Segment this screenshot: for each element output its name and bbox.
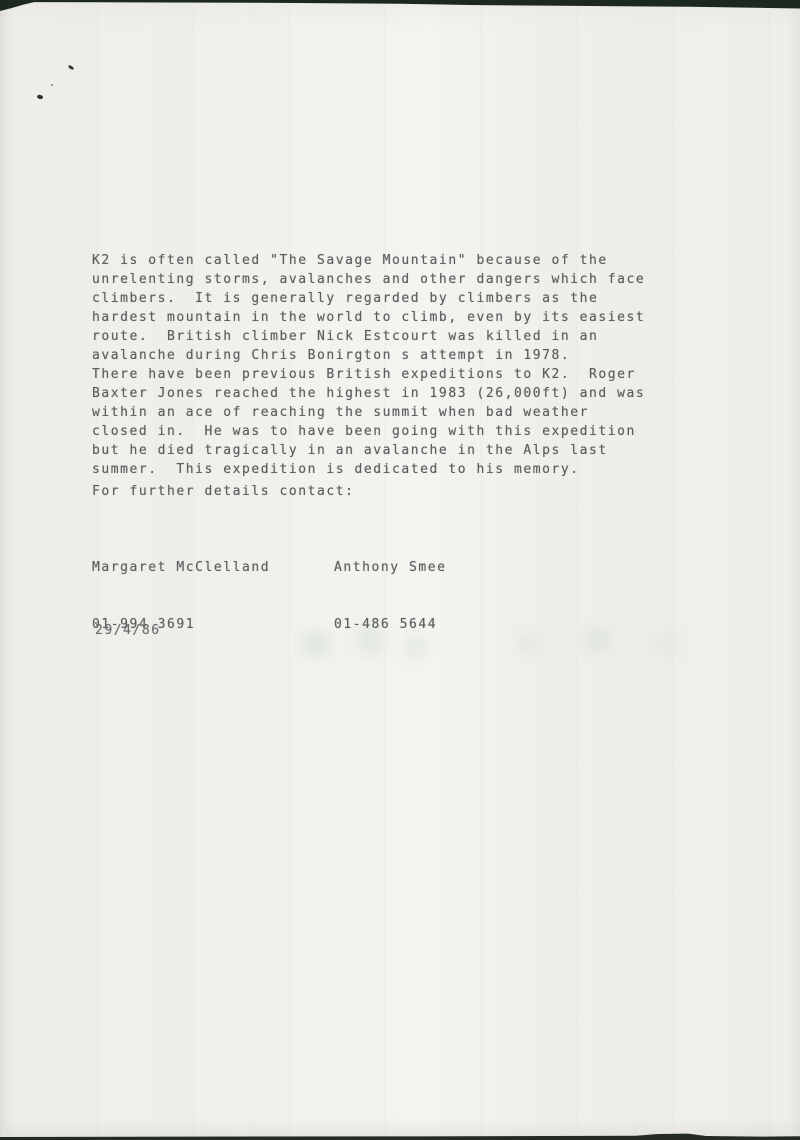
scanned-page: K2 is often called "The Savage Mountain"…	[0, 0, 800, 1140]
date-stamp: 29/4/86	[95, 621, 161, 640]
ink-speck	[36, 94, 43, 100]
contact-phone: 01-486 5644	[334, 615, 447, 634]
contact-heading: For further details contact:	[92, 482, 355, 501]
ink-speck	[51, 84, 53, 86]
contact-name: Margaret McClelland	[92, 558, 270, 577]
torn-paper-edge-bottom	[0, 1131, 800, 1140]
contact-block-1: Margaret McClelland 01-994 3691	[92, 520, 270, 672]
contact-name: Anthony Smee	[334, 558, 447, 577]
contact-block-2: Anthony Smee 01-486 5644	[334, 520, 447, 672]
body-paragraph-k2-savage-mountain: K2 is often called "The Savage Mountain"…	[92, 251, 645, 365]
torn-paper-edge-top	[0, 0, 800, 12]
ink-speck	[68, 64, 75, 70]
body-paragraph-previous-expeditions: There have been previous British expedit…	[92, 365, 645, 479]
